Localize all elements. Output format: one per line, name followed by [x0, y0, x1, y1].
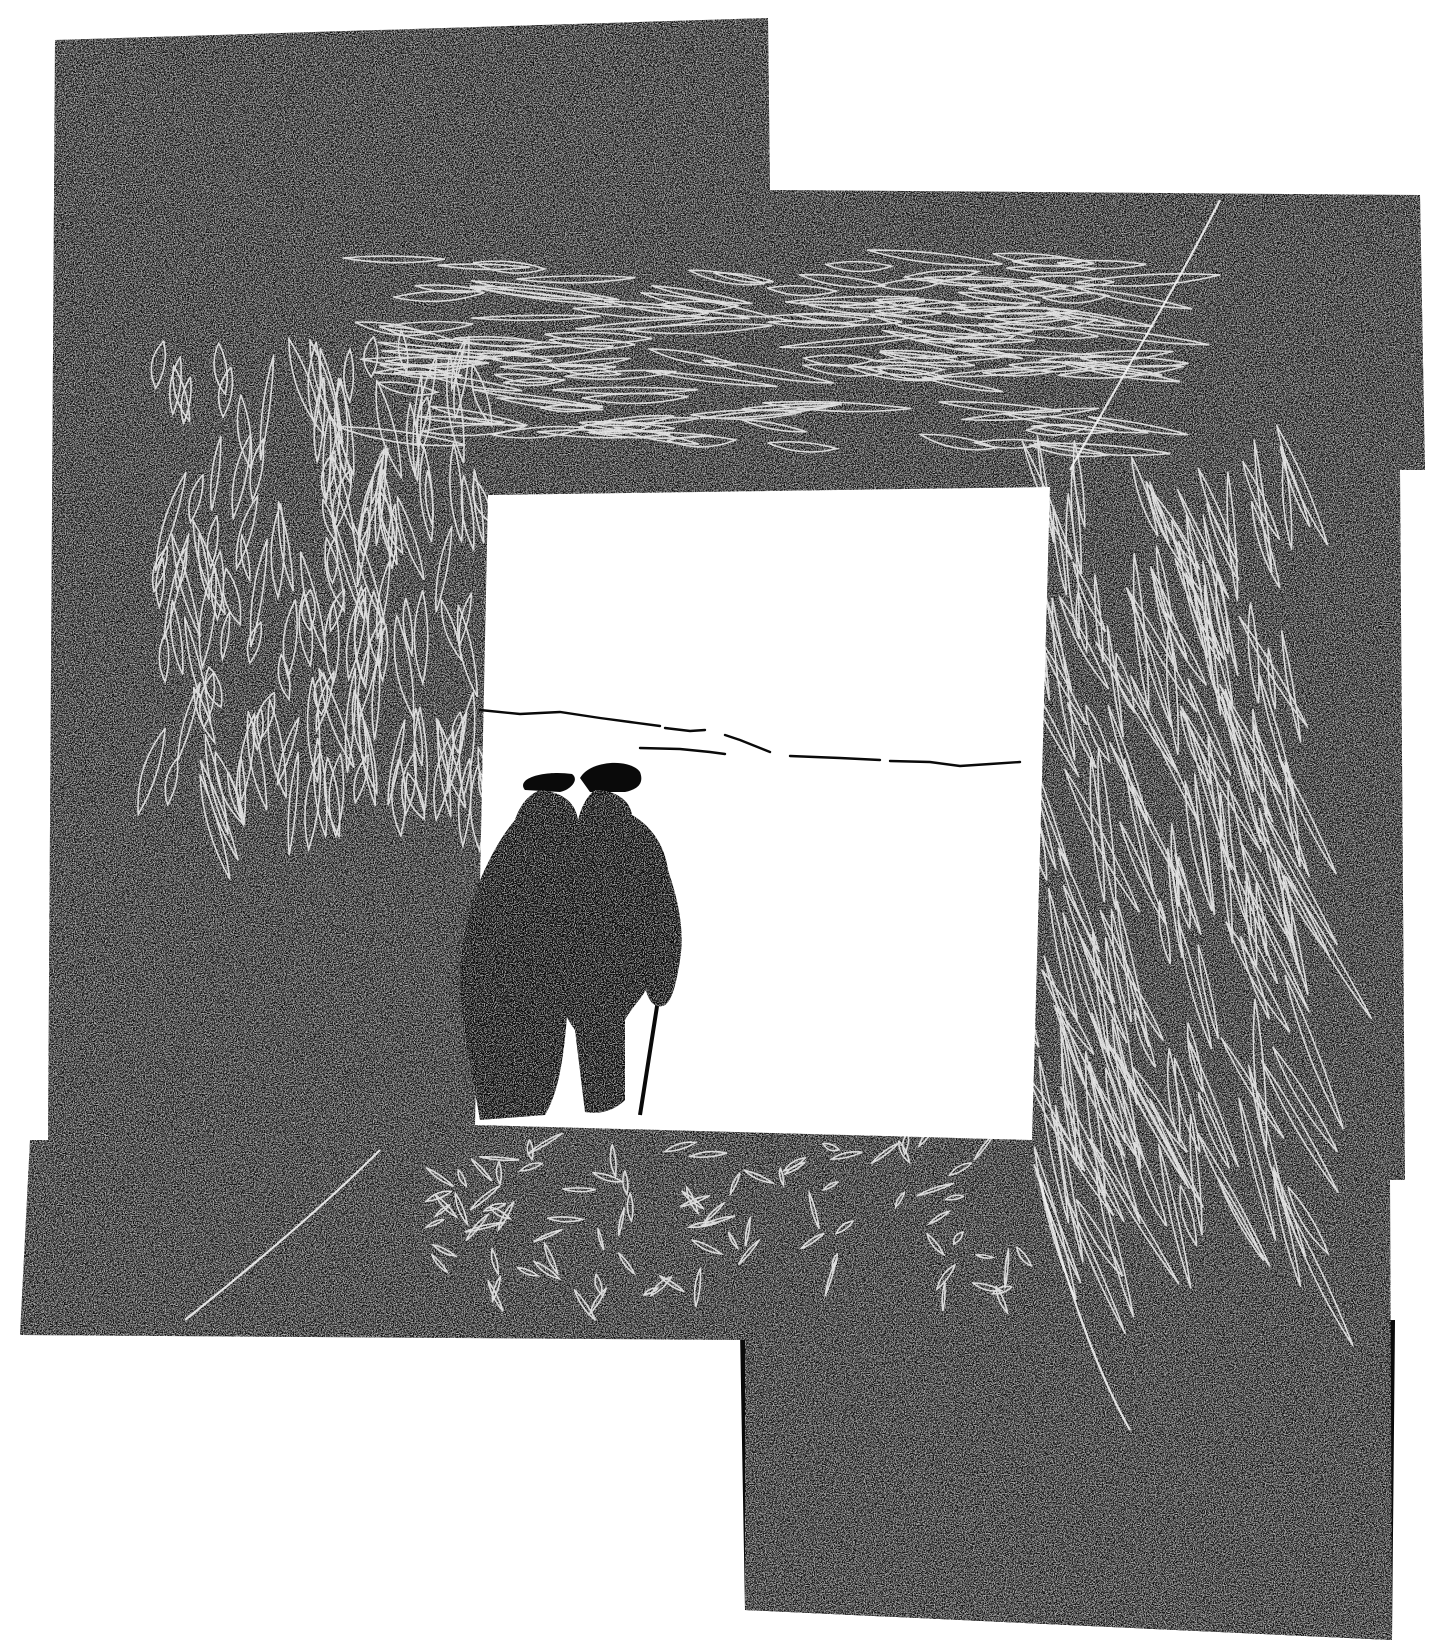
artwork-canvas: [0, 0, 1437, 1648]
